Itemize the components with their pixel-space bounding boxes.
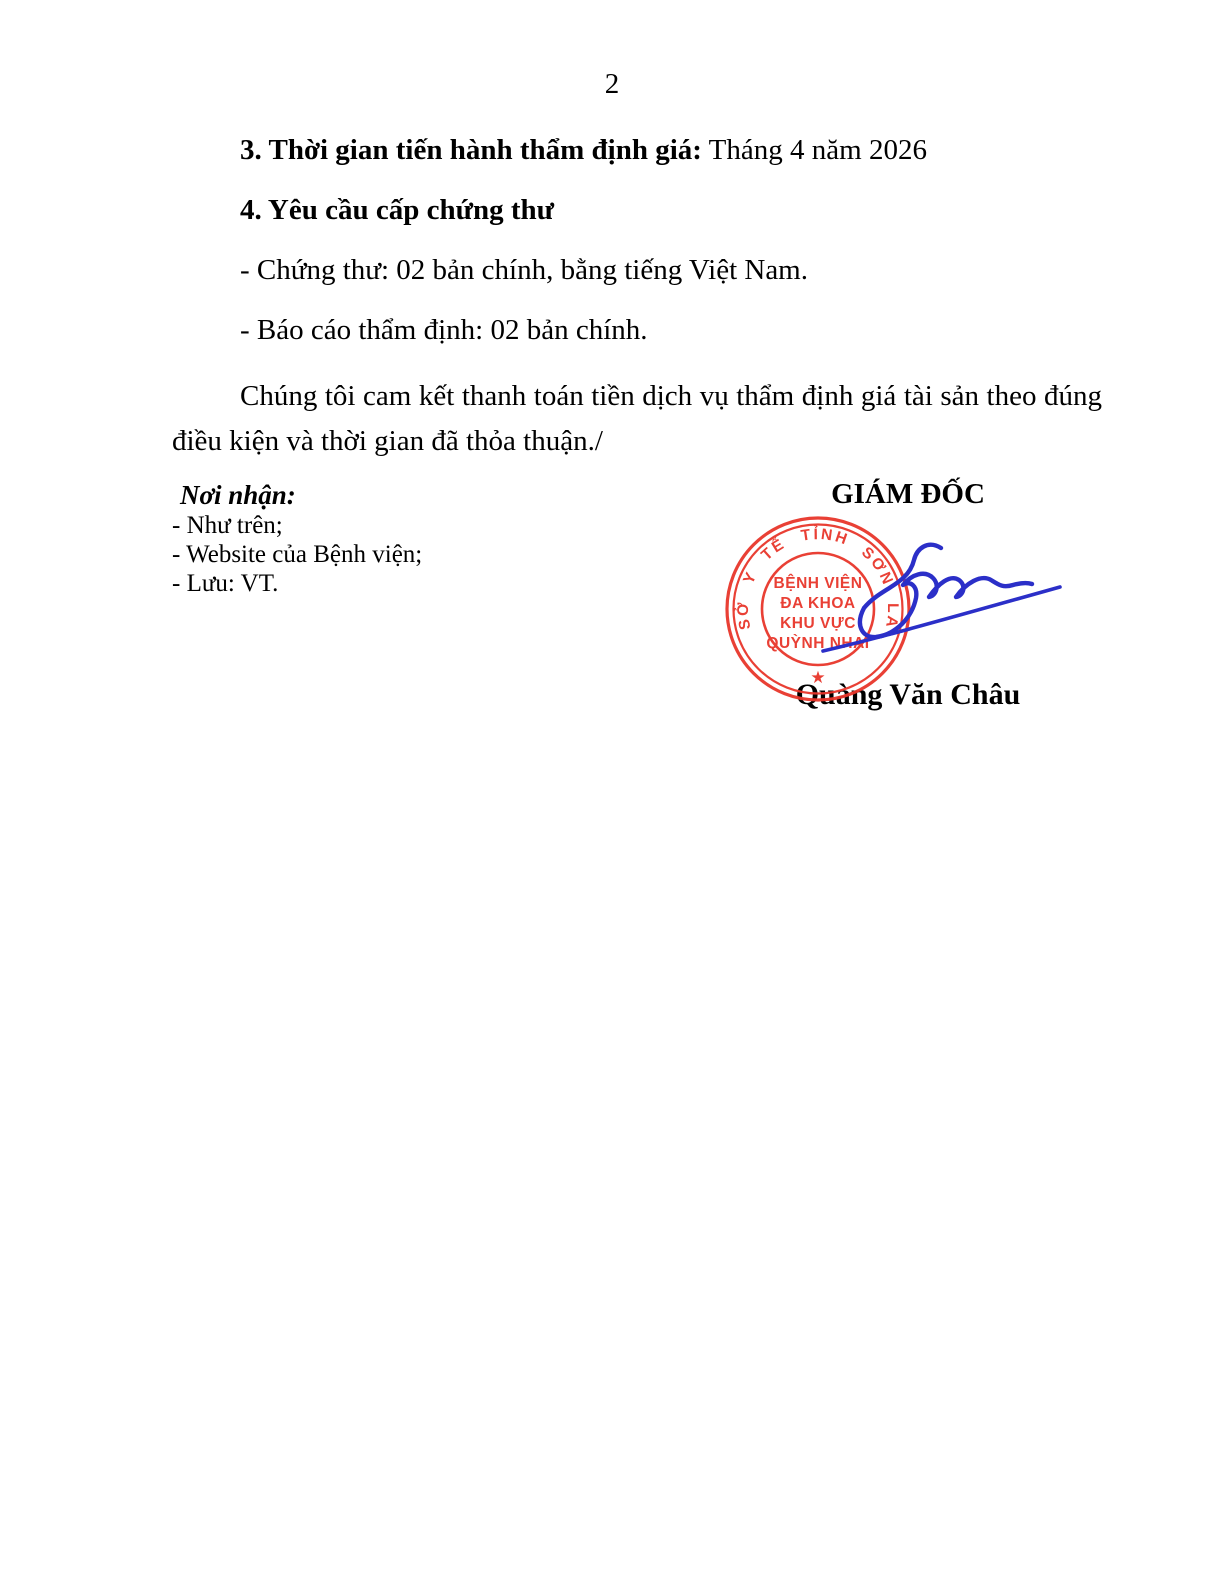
document-page: 2 3. Thời gian tiến hành thẩm định giá: … <box>0 0 1224 1584</box>
commitment-paragraph: Chúng tôi cam kết thanh toán tiền dịch v… <box>172 374 1102 464</box>
section-3-value: Tháng 4 năm 2026 <box>702 134 927 166</box>
bullet-certificate: - Chứng thư: 02 bản chính, bằng tiếng Vi… <box>240 254 808 287</box>
stamp-star-icon: ★ <box>810 668 825 688</box>
recipient-item: - Website của Bệnh viện; <box>172 540 422 569</box>
signature-main-stroke <box>860 545 1032 637</box>
section-4-heading: 4. Yêu cầu cấp chứng thư <box>240 194 554 227</box>
recipient-item: - Lưu: VT. <box>172 569 422 598</box>
signer-title: GIÁM ĐỐC <box>748 478 1068 511</box>
recipients-list: - Như trên; - Website của Bệnh viện; - L… <box>172 511 422 598</box>
recipients-title: Nơi nhận: <box>180 480 296 511</box>
section-3-line: 3. Thời gian tiến hành thẩm định giá: Th… <box>240 134 927 167</box>
page-number: 2 <box>0 68 1224 101</box>
recipient-item: - Như trên; <box>172 511 422 540</box>
bullet-report: - Báo cáo thẩm định: 02 bản chính. <box>240 314 648 347</box>
handwritten-signature-icon <box>780 520 1080 670</box>
section-3-heading: 3. Thời gian tiến hành thẩm định giá: <box>240 134 702 166</box>
